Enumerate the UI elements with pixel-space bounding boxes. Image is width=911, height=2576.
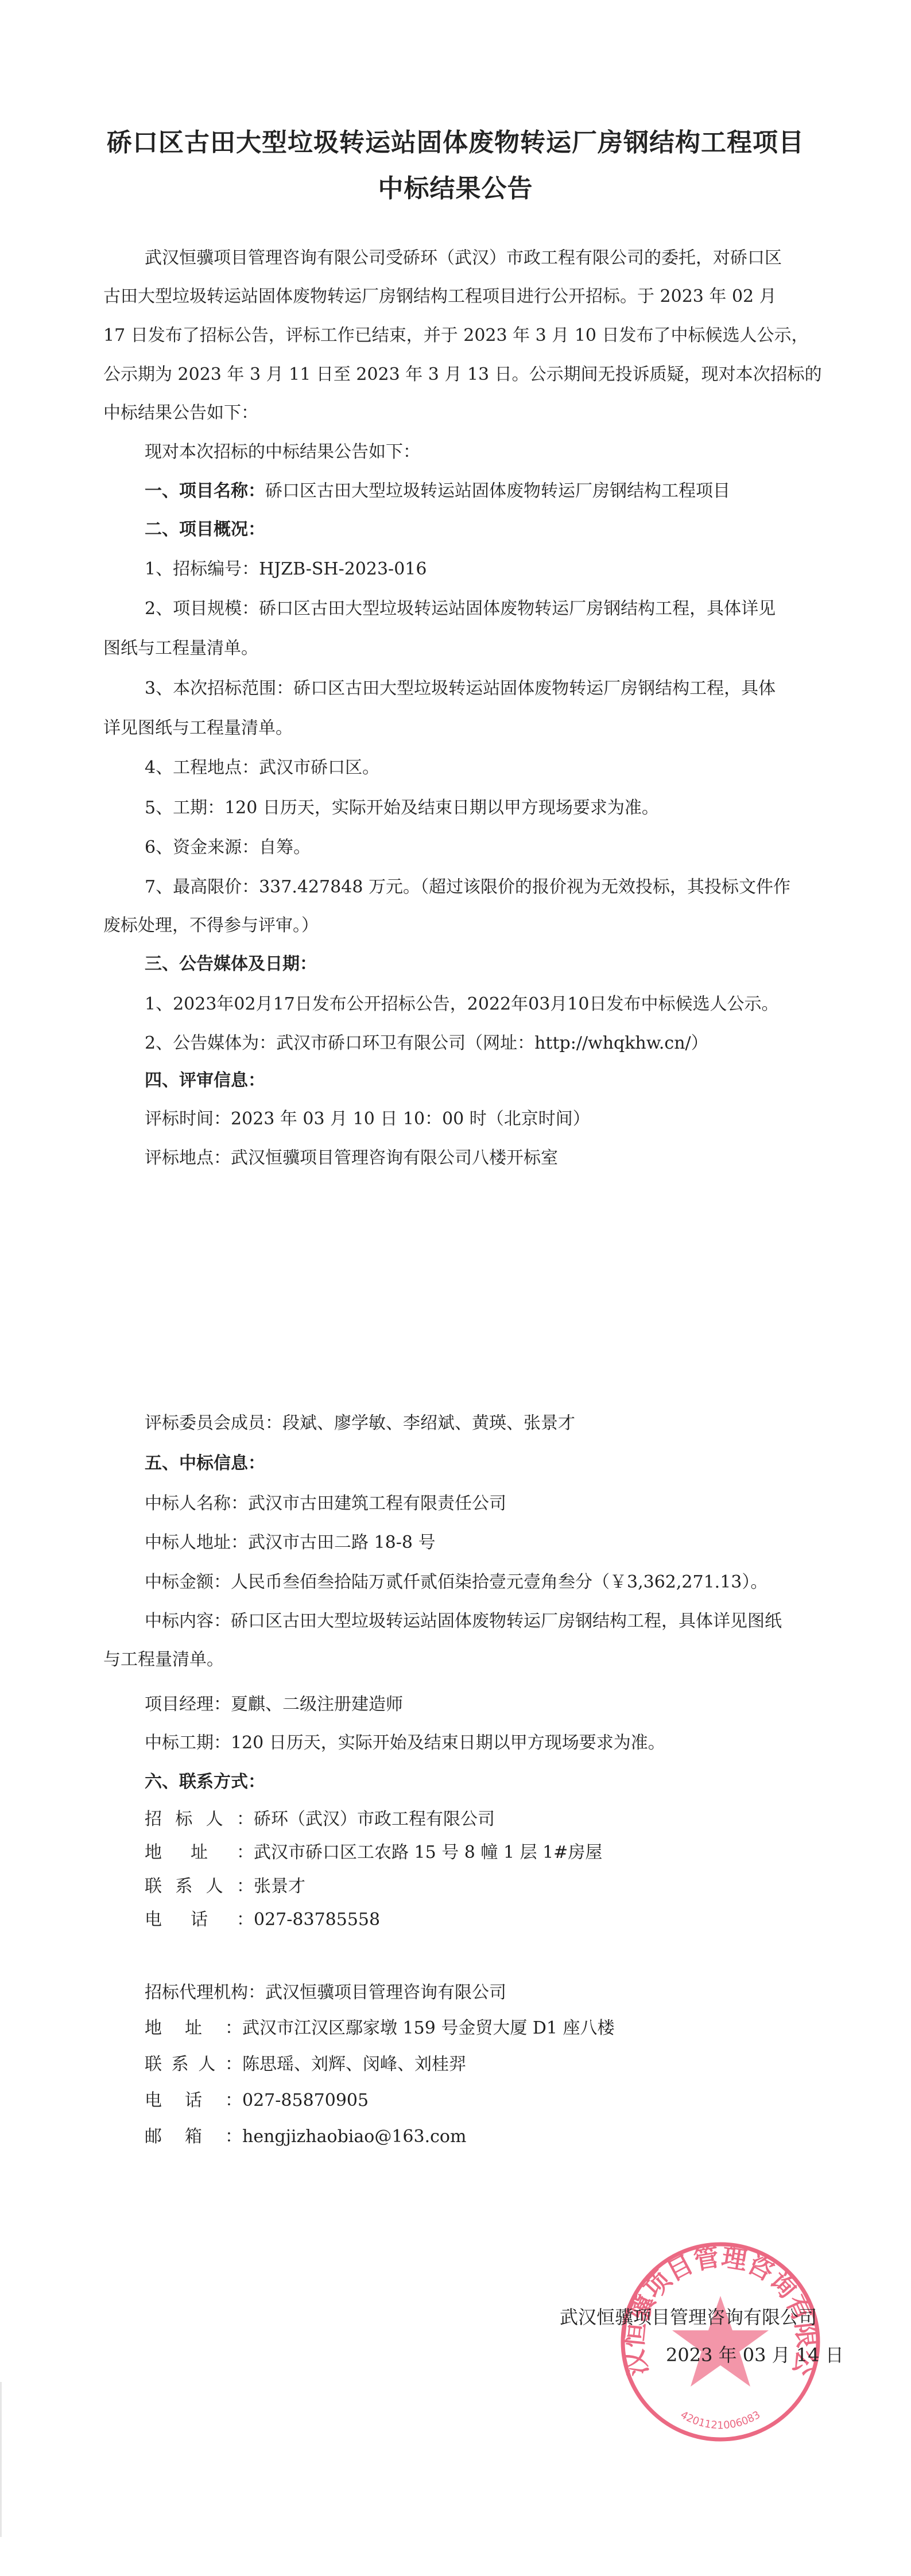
intro-line: 17 日发布了招标公告，评标工作已结束，并于 2023 年 3 月 10 日发布…: [103, 324, 809, 347]
section-project-name: 一、项目名称：硚口区古田大型垃圾转运站固体废物转运厂房钢结构工程项目: [145, 480, 730, 503]
contact-value: 027-85870905: [242, 2090, 369, 2111]
project-name-value: 硚口区古田大型垃圾转运站固体废物转运厂房钢结构工程项目: [265, 481, 730, 501]
media-item: 1、2023年02月17日发布公开招标公告，2022年03月10日发布中标候选人…: [145, 993, 778, 1016]
winner-address: 中标人地址：武汉市古田二路 18-8 号: [145, 1531, 435, 1554]
overview-item: 6、资金来源：自筹。: [145, 836, 311, 859]
agency-row: 地址：武汉市江汉区鄢家墩 159 号金贸大厦 D1 座八楼: [145, 2017, 615, 2040]
contact-value: 武汉市硚口区工农路 15 号 8 幢 1 层 1#房屋: [254, 1842, 602, 1863]
contact-label: 地址：: [145, 2017, 242, 2040]
contact-label: 地址：: [145, 1841, 254, 1864]
signature-date: 2023 年 03 月 14 日: [666, 2341, 844, 2367]
intro-line: 古田大型垃圾转运站固体废物转运厂房钢结构工程项目进行公开招标。于 2023 年 …: [103, 285, 777, 308]
intro-line: 武汉恒骥项目管理咨询有限公司受硚环（武汉）市政工程有限公司的委托，对硚口区: [145, 247, 782, 270]
agency-row: 招标代理机构：武汉恒骥项目管理咨询有限公司: [145, 1981, 506, 2004]
winning-amount: 中标金额：人民币叁佰叁拾陆万贰仟贰佰柒拾壹元壹角叁分（￥3,362,271.13…: [145, 1571, 767, 1594]
tenderer-row: 联系人：张景才: [145, 1875, 305, 1898]
tenderer-row: 招标人：硚环（武汉）市政工程有限公司: [145, 1808, 495, 1831]
agency-row: 联系人：陈思瑶、刘辉、闵峰、刘桂羿: [145, 2053, 466, 2076]
contact-value: 张景才: [254, 1876, 305, 1896]
winning-period: 中标工期：120 日历天，实际开始及结束日期以甲方现场要求为准。: [145, 1732, 665, 1755]
review-place: 评标地点：武汉恒骥项目管理咨询有限公司八楼开标室: [145, 1147, 558, 1170]
svg-text:4201121006083: 4201121006083: [679, 2409, 762, 2432]
overview-item: 详见图纸与工程量清单。: [103, 717, 293, 740]
winner-name: 中标人名称：武汉市古田建筑工程有限责任公司: [145, 1492, 506, 1515]
contact-label: 招标人：: [145, 1808, 254, 1831]
tenderer-row: 地址：武汉市硚口区工农路 15 号 8 幢 1 层 1#房屋: [145, 1841, 602, 1864]
overview-item: 4、工程地点：武汉市硚口区。: [145, 756, 379, 779]
contact-label: 联系人：: [145, 2053, 242, 2076]
overview-item: 3、本次招标范围：硚口区古田大型垃圾转运站固体废物转运厂房钢结构工程，具体: [145, 677, 776, 700]
section-heading: 一、项目名称：: [145, 481, 265, 501]
section-heading: 三、公告媒体及日期：: [145, 953, 317, 976]
overview-item: 7、最高限价：337.427848 万元。（超过该限价的报价视为无效投标，其投标…: [145, 876, 790, 899]
contact-value: 武汉恒骥项目管理咨询有限公司: [265, 1983, 506, 2003]
section-heading: 五、中标信息：: [145, 1452, 265, 1475]
contact-label: 电话：: [145, 2089, 242, 2112]
contact-value: hengjizhaobiao@163.com: [242, 2127, 466, 2147]
signature-company: 武汉恒骥项目管理咨询有限公司: [560, 2303, 817, 2329]
project-manager: 项目经理：夏麒、二级注册建造师: [145, 1693, 403, 1716]
overview-item: 图纸与工程量清单。: [103, 637, 258, 660]
overview-item: 5、工期：120 日历天，实际开始及结束日期以甲方现场要求为准。: [145, 797, 659, 820]
contact-value: 硚环（武汉）市政工程有限公司: [254, 1809, 495, 1829]
intro-line: 公示期为 2023 年 3 月 11 日至 2023 年 3 月 13 日。公示…: [103, 363, 822, 386]
intro-repeat: 现对本次招标的中标结果公告如下：: [145, 441, 420, 464]
agency-row: 邮箱：hengjizhaobiao@163.com: [145, 2125, 466, 2148]
section-heading: 六、联系方式：: [145, 1771, 265, 1794]
contact-value: 武汉市江汉区鄢家墩 159 号金贸大厦 D1 座八楼: [242, 2018, 615, 2038]
agency-row: 电话：027-85870905: [145, 2089, 369, 2112]
contact-label: 招标代理机构：: [145, 1983, 265, 2003]
contact-value: 027-83785558: [254, 1910, 380, 1930]
announcement-page: 硚口区古田大型垃圾转运站固体废物转运厂房钢结构工程项目 中标结果公告 武汉恒骥项…: [0, 0, 911, 2576]
review-time: 评标时间：2023 年 03 月 10 日 10：00 时（北京时间）: [145, 1108, 590, 1131]
contact-label: 邮箱：: [145, 2125, 242, 2148]
page-edge-divider: [0, 2382, 2, 2537]
overview-item: 2、项目规模：硚口区古田大型垃圾转运站固体废物转运厂房钢结构工程，具体详见: [145, 598, 776, 620]
contact-label: 电话：: [145, 1908, 254, 1931]
winning-content: 与工程量清单。: [103, 1648, 224, 1671]
intro-line: 中标结果公告如下：: [103, 402, 258, 425]
document-title: 硚口区古田大型垃圾转运站固体废物转运厂房钢结构工程项目: [0, 122, 911, 158]
section-heading: 四、评审信息：: [145, 1069, 265, 1092]
section-heading: 二、项目概况：: [145, 518, 265, 541]
tenderer-row: 电话：027-83785558: [145, 1908, 380, 1931]
media-item: 2、公告媒体为：武汉市硚口环卫有限公司（网址：http://whqkhw.cn/…: [145, 1032, 708, 1055]
contact-label: 联系人：: [145, 1875, 254, 1898]
overview-item: 1、招标编号：HJZB-SH-2023-016: [145, 558, 427, 581]
review-committee: 评标委员会成员：段斌、廖学敏、李绍斌、黄瑛、张景才: [145, 1412, 575, 1435]
contact-value: 陈思瑶、刘辉、闵峰、刘桂羿: [242, 2054, 466, 2074]
winning-content: 中标内容：硚口区古田大型垃圾转运站固体废物转运厂房钢结构工程，具体详见图纸: [145, 1610, 782, 1633]
overview-item: 废标处理，不得参与评审。）: [103, 914, 319, 937]
document-subtitle: 中标结果公告: [0, 168, 911, 204]
